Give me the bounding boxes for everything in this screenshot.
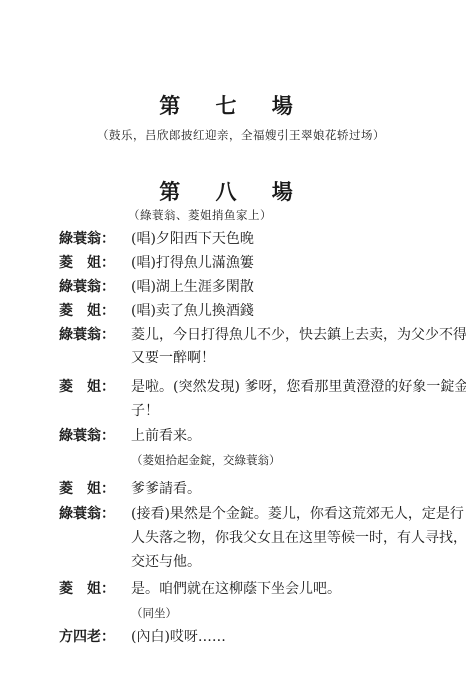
- dialogue-line: 綠蓑翁：上前看来。: [59, 425, 201, 448]
- speaker-name: 菱 姐：: [59, 300, 131, 323]
- speech-continuation: 又要一醉啊！: [131, 347, 215, 370]
- dialogue-line: 方四老：(內白)哎呀……: [59, 626, 226, 649]
- dialogue-line: 綠蓑翁：菱儿，今日打得魚儿不少，快去鎮上去卖，为父少不得: [59, 324, 466, 347]
- speaker-name: 菱 姐：: [59, 252, 131, 275]
- stage-direction: （同坐）: [131, 603, 177, 623]
- scene-7-title: 第 七 場: [0, 90, 466, 120]
- speech-text: (唱)打得魚儿滿漁簍: [131, 255, 254, 271]
- speech-text: (內白)哎呀……: [131, 629, 226, 645]
- speech-text: 菱儿，今日打得魚儿不少，快去鎮上去卖，为父少不得: [131, 327, 466, 343]
- dialogue-line: 菱 姐：是。咱們就在这柳蔭下坐会儿吧。: [59, 578, 341, 601]
- dialogue-line: 菱 姐：(唱)卖了魚儿換酒錢: [59, 300, 254, 323]
- speech-text: 爹爹請看。: [131, 481, 201, 497]
- speaker-name: 綠蓑翁：: [59, 276, 131, 299]
- scene-8-stage-direction: （綠蓑翁、菱姐捎鱼家上）: [128, 207, 272, 223]
- dialogue-line: 綠蓑翁：(唱)夕阳西下天色晚: [59, 228, 254, 251]
- book-page: 第 七 場 （鼓乐，吕欣郎披红迎亲，全福嫂引王翠娘花轿过场） 第 八 場 （綠蓑…: [0, 0, 466, 690]
- speech-continuation: 子！: [131, 400, 159, 423]
- dialogue-line: 綠蓑翁：(接看)果然是个金錠。菱儿，你看这荒郊无人，定是行: [59, 503, 464, 526]
- stage-direction: （菱姐拾起金錠，交綠蓑翁）: [131, 450, 281, 470]
- speech-text: 是啦。(突然发現) 爹呀，您看那里黄澄澄的好象一錠金: [131, 379, 466, 395]
- speaker-name: 綠蓑翁：: [59, 324, 131, 347]
- speech-text: (唱)卖了魚儿換酒錢: [131, 303, 254, 319]
- dialogue-line: 綠蓑翁：(唱)湖上生涯多閑散: [59, 276, 254, 299]
- dialogue-line: 菱 姐：(唱)打得魚儿滿漁簍: [59, 252, 254, 275]
- scene-8-title: 第 八 場: [0, 176, 466, 206]
- speaker-name: 綠蓑翁：: [59, 425, 131, 448]
- speech-text: 是。咱們就在这柳蔭下坐会儿吧。: [131, 581, 341, 597]
- speech-text: (唱)夕阳西下天色晚: [131, 231, 254, 247]
- speech-continuation: 人失落之物，你我父女且在这里等候一时，有人寻找，: [131, 527, 466, 550]
- speech-text: (唱)湖上生涯多閑散: [131, 279, 254, 295]
- speaker-name: 方四老：: [59, 626, 131, 649]
- speaker-name: 綠蓑翁：: [59, 503, 131, 526]
- speech-text: 上前看来。: [131, 428, 201, 444]
- dialogue-line: 菱 姐：爹爹請看。: [59, 478, 201, 501]
- speech-continuation: 交还与他。: [131, 551, 201, 574]
- speaker-name: 菱 姐：: [59, 578, 131, 601]
- speaker-name: 菱 姐：: [59, 376, 131, 399]
- speaker-name: 綠蓑翁：: [59, 228, 131, 251]
- scene-7-stage-direction: （鼓乐，吕欣郎披红迎亲，全福嫂引王翠娘花轿过场）: [97, 127, 385, 143]
- dialogue-line: 菱 姐：是啦。(突然发現) 爹呀，您看那里黄澄澄的好象一錠金: [59, 376, 466, 399]
- speaker-name: 菱 姐：: [59, 478, 131, 501]
- speech-text: (接看)果然是个金錠。菱儿，你看这荒郊无人，定是行: [131, 506, 464, 522]
